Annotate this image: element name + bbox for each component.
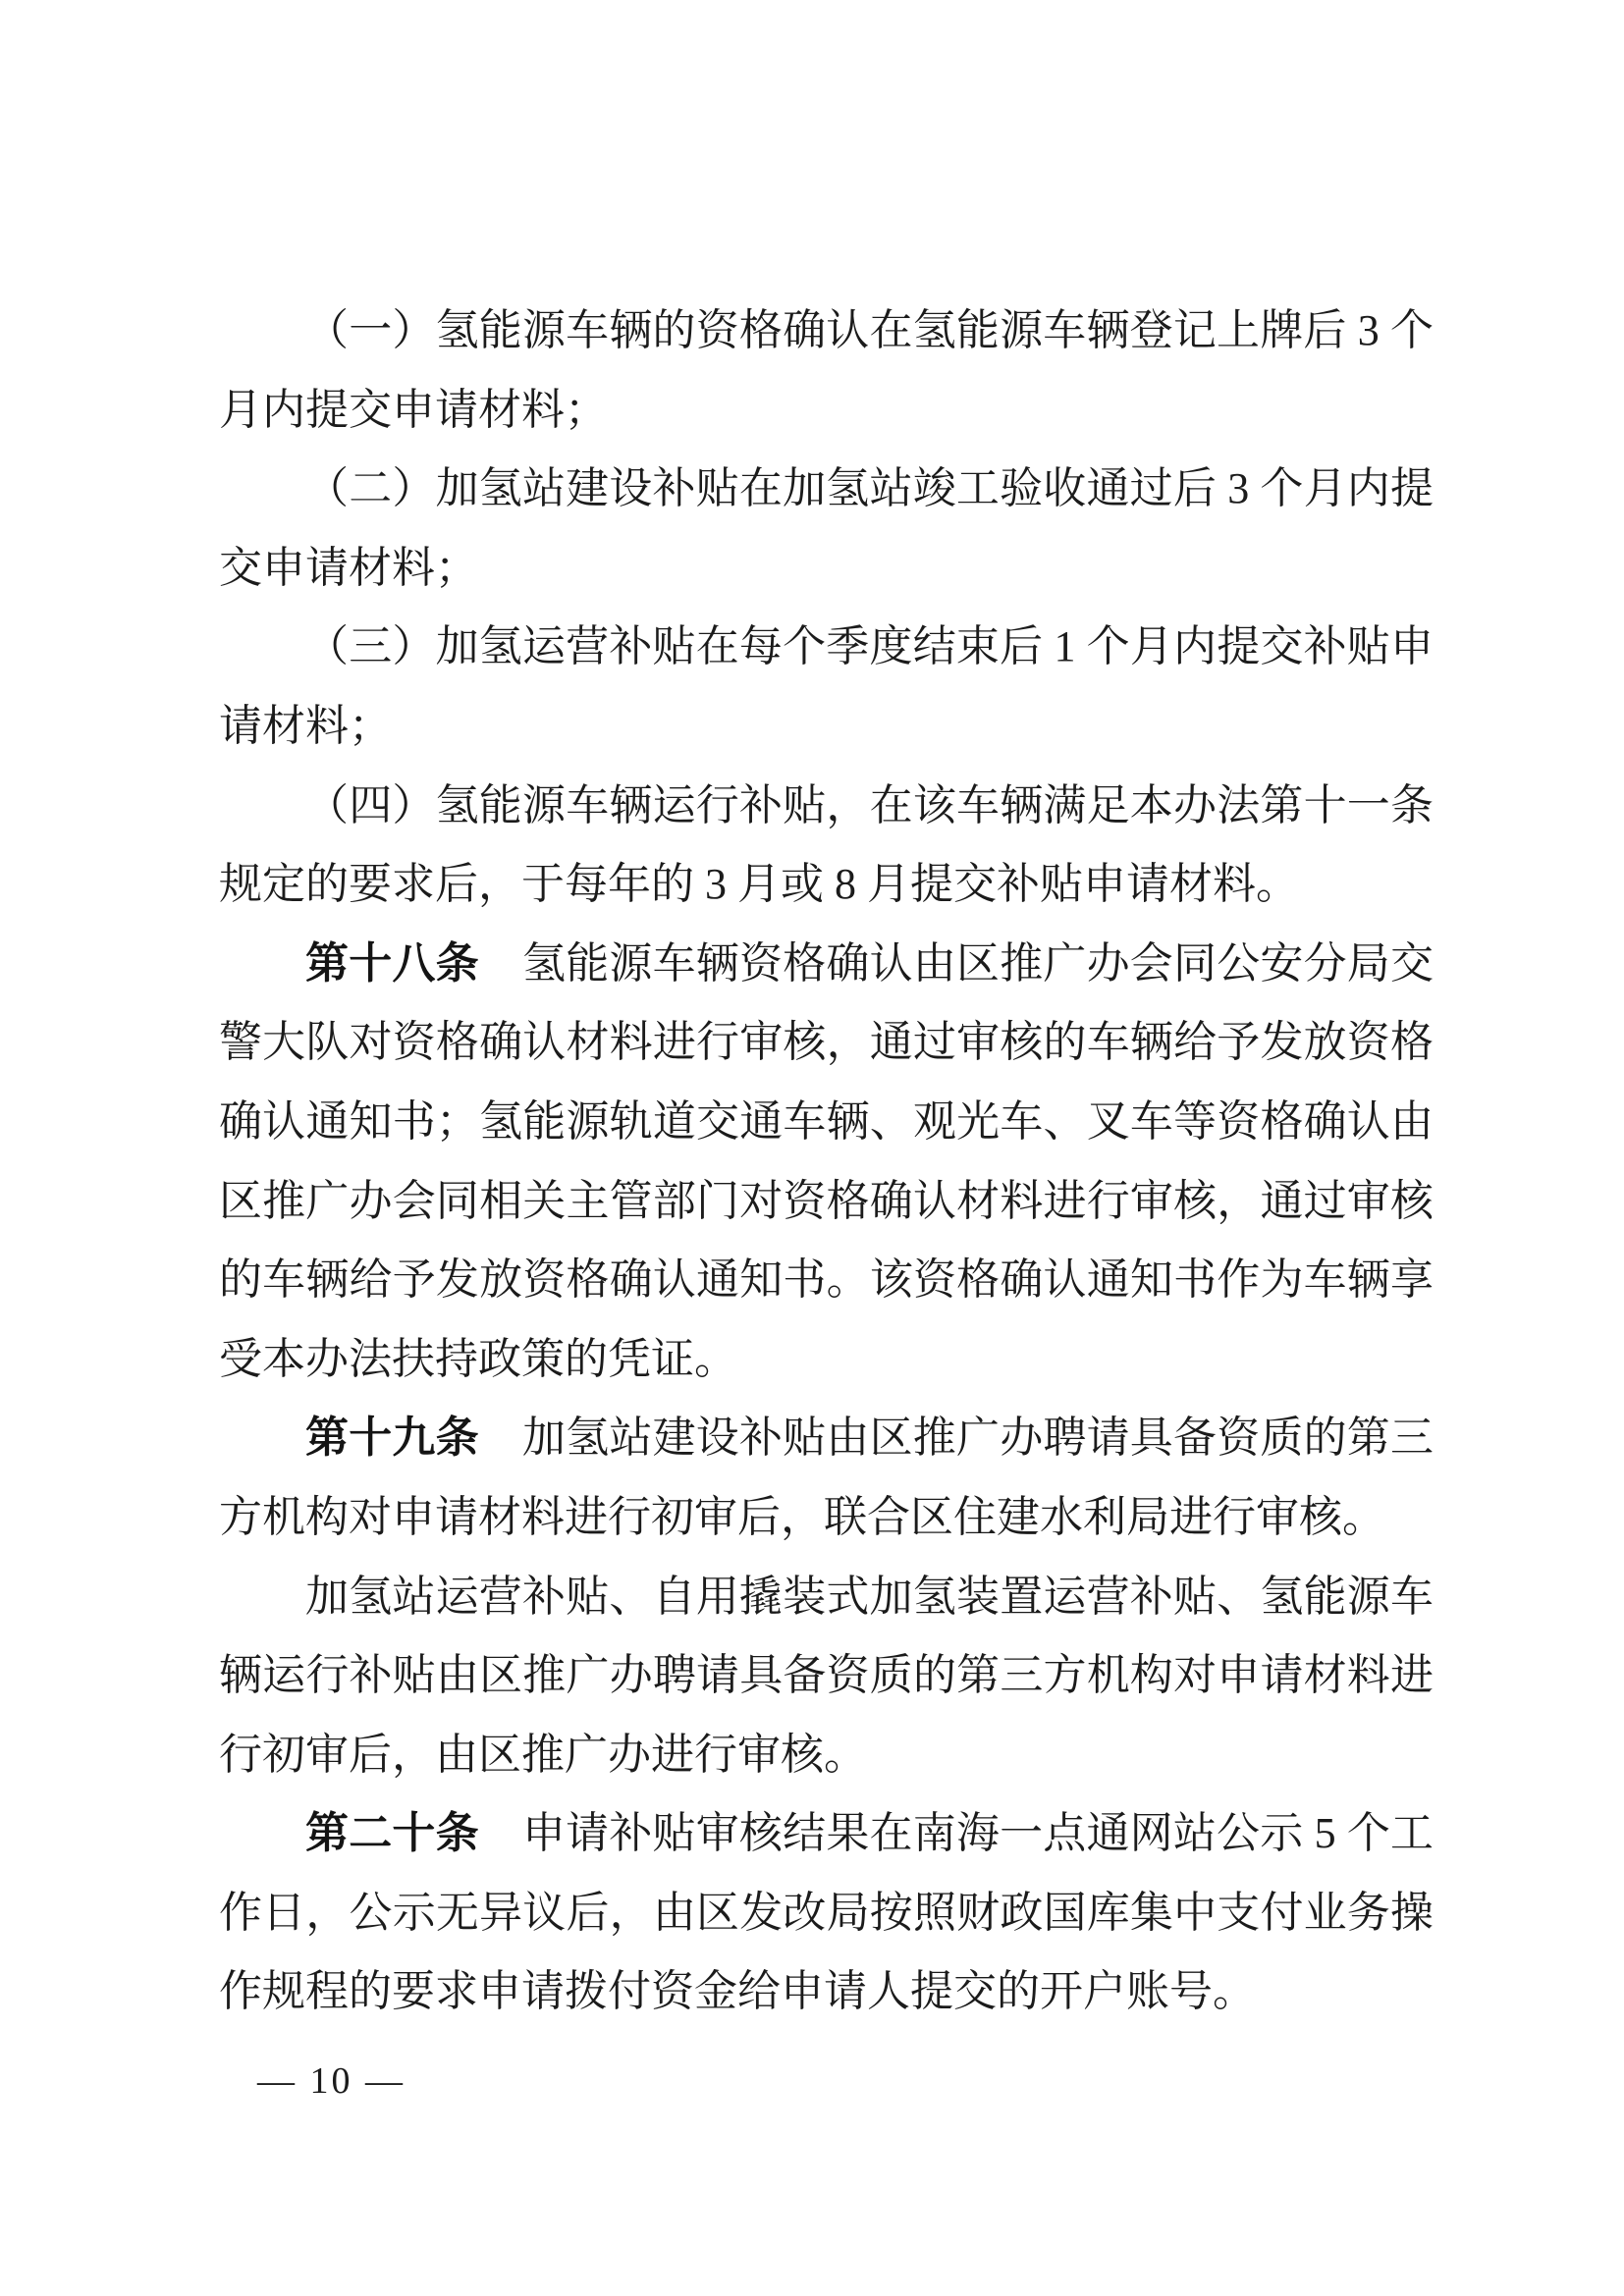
document-body: （一）氢能源车辆的资格确认在氢能源车辆登记上牌后 3 个月内提交申请材料；（二）… [219, 292, 1434, 2032]
paragraph-text: （四）氢能源车辆运行补贴，在该车辆满足本办法第十一条规定的要求后，于每年的 3 … [219, 781, 1434, 909]
paragraph-text: 加氢站运营补贴、自用撬装式加氢装置运营补贴、氢能源车辆运行补贴由区推广办聘请具备… [219, 1573, 1434, 1779]
article-number: 第二十条 [305, 1809, 479, 1857]
paragraph: （二）加氢站建设补贴在加氢站竣工验收通过后 3 个月内提交申请材料； [219, 450, 1434, 608]
paragraph-text: 氢能源车辆资格确认由区推广办会同公安分局交警大队对资格确认材料进行审核，通过审核… [219, 939, 1434, 1383]
article-number: 第十九条 [305, 1414, 479, 1462]
paragraph: 加氢站运营补贴、自用撬装式加氢装置运营补贴、氢能源车辆运行补贴由区推广办聘请具备… [219, 1558, 1434, 1795]
article-number: 第十八条 [305, 939, 479, 988]
article-paragraph: 第十九条 加氢站建设补贴由区推广办聘请具备资质的第三方机构对申请材料进行初审后，… [219, 1399, 1434, 1557]
paragraph: （四）氢能源车辆运行补贴，在该车辆满足本办法第十一条规定的要求后，于每年的 3 … [219, 767, 1434, 925]
paragraph-text: （二）加氢站建设补贴在加氢站竣工验收通过后 3 个月内提交申请材料； [219, 464, 1434, 592]
paragraph-text: （一）氢能源车辆的资格确认在氢能源车辆登记上牌后 3 个月内提交申请材料； [219, 306, 1434, 434]
article-paragraph: 第二十条 申请补贴审核结果在南海一点通网站公示 5 个工作日，公示无异议后，由区… [219, 1794, 1434, 2032]
article-paragraph: 第十八条 氢能源车辆资格确认由区推广办会同公安分局交警大队对资格确认材料进行审核… [219, 925, 1434, 1400]
document-page: （一）氢能源车辆的资格确认在氢能源车辆登记上牌后 3 个月内提交申请材料；（二）… [0, 0, 1624, 2296]
paragraph: （三）加氢运营补贴在每个季度结束后 1 个月内提交补贴申请材料； [219, 608, 1434, 766]
page-footer: — 10 — [257, 2059, 406, 2103]
paragraph-text: （三）加氢运营补贴在每个季度结束后 1 个月内提交补贴申请材料； [219, 622, 1434, 750]
page-number-label: — 10 — [257, 2060, 406, 2102]
paragraph: （一）氢能源车辆的资格确认在氢能源车辆登记上牌后 3 个月内提交申请材料； [219, 292, 1434, 450]
